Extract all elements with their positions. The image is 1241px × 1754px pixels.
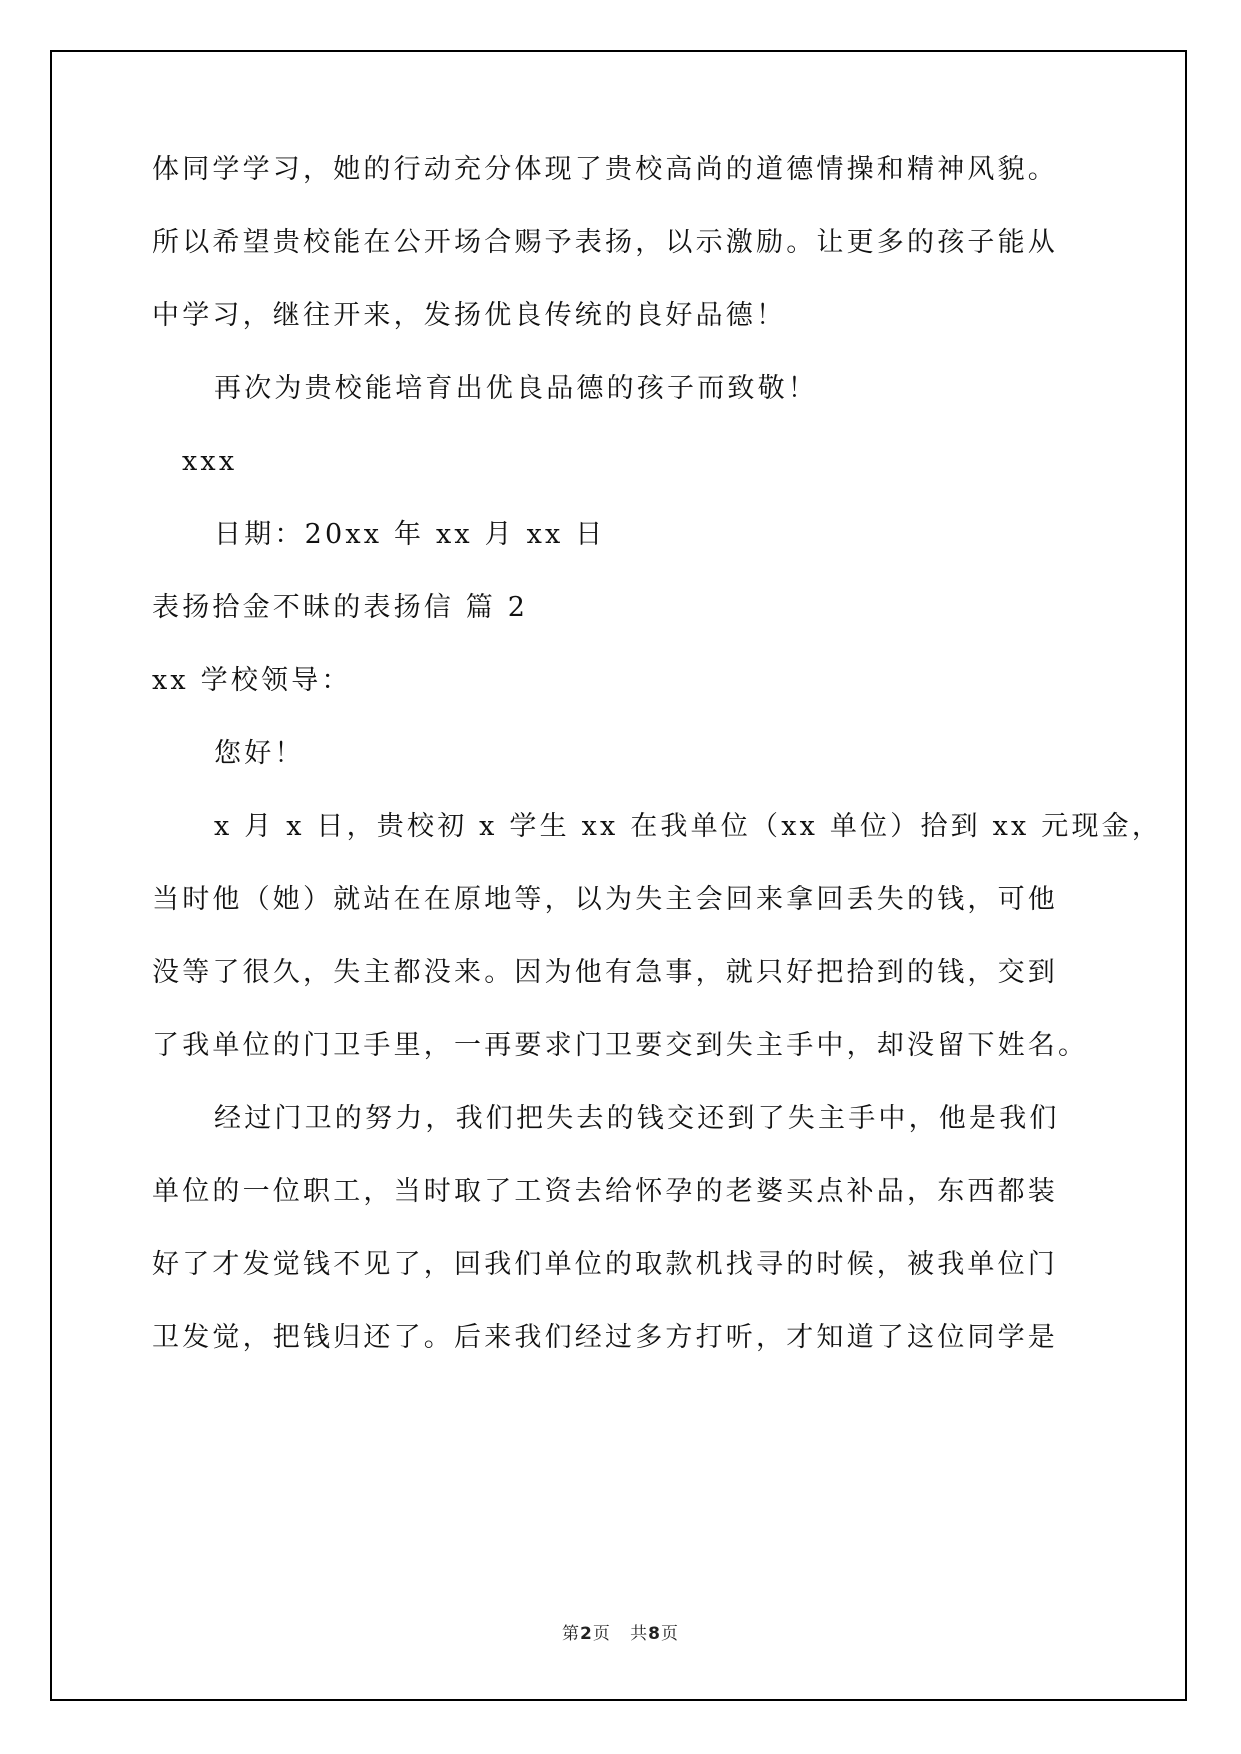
text-line: x 月 x 日，贵校初 x 学生 xx 在我单位（xx 单位）拾到 xx 元现金… <box>214 809 1162 845</box>
text-line: 了我单位的门卫手里，一再要求门卫要交到失主手中，却没留下姓名。 <box>152 1028 1088 1064</box>
text-line: 再次为贵校能培育出优良品德的孩子而致敬！ <box>214 371 818 407</box>
text-line: 体同学学习，她的行动充分体现了贵校高尚的道德情操和精神风貌。 <box>152 152 1058 188</box>
text-line: 好了才发觉钱不见了，回我们单位的取款机找寻的时候，被我单位门 <box>152 1247 1058 1283</box>
greeting-line: 您好！ <box>214 736 305 772</box>
page-footer: 第2页 共8页 <box>0 1624 1241 1644</box>
total-suffix: 页 <box>661 1624 679 1644</box>
text-line: 卫发觉，把钱归还了。后来我们经过多方打听，才知道了这位同学是 <box>152 1320 1058 1356</box>
total-prefix: 共 <box>630 1624 648 1644</box>
section-heading: 表扬拾金不昧的表扬信 篇 2 <box>152 590 528 626</box>
total-pages-number: 8 <box>648 1624 661 1644</box>
current-page-number: 2 <box>580 1624 593 1644</box>
text-line: 所以希望贵校能在公开场合赐予表扬，以示激励。让更多的孩子能从 <box>152 225 1058 261</box>
page-prefix: 第 <box>562 1624 580 1644</box>
signature-line: xxx <box>182 444 237 480</box>
text-line: 当时他（她）就站在在原地等，以为失主会回来拿回丢失的钱，可他 <box>152 882 1058 918</box>
text-line: 经过门卫的努力，我们把失去的钱交还到了失主手中，他是我们 <box>214 1101 1060 1137</box>
page-suffix: 页 <box>593 1624 611 1644</box>
text-line: 中学习，继往开来，发扬优良传统的良好品德！ <box>152 298 786 334</box>
date-line: 日期：20xx 年 xx 月 xx 日 <box>214 517 605 553</box>
salutation-line: xx 学校领导： <box>152 663 352 699</box>
text-line: 单位的一位职工，当时取了工资去给怀孕的老婆买点补品，东西都装 <box>152 1174 1058 1210</box>
text-line: 没等了很久，失主都没来。因为他有急事，就只好把拾到的钱，交到 <box>152 955 1058 991</box>
